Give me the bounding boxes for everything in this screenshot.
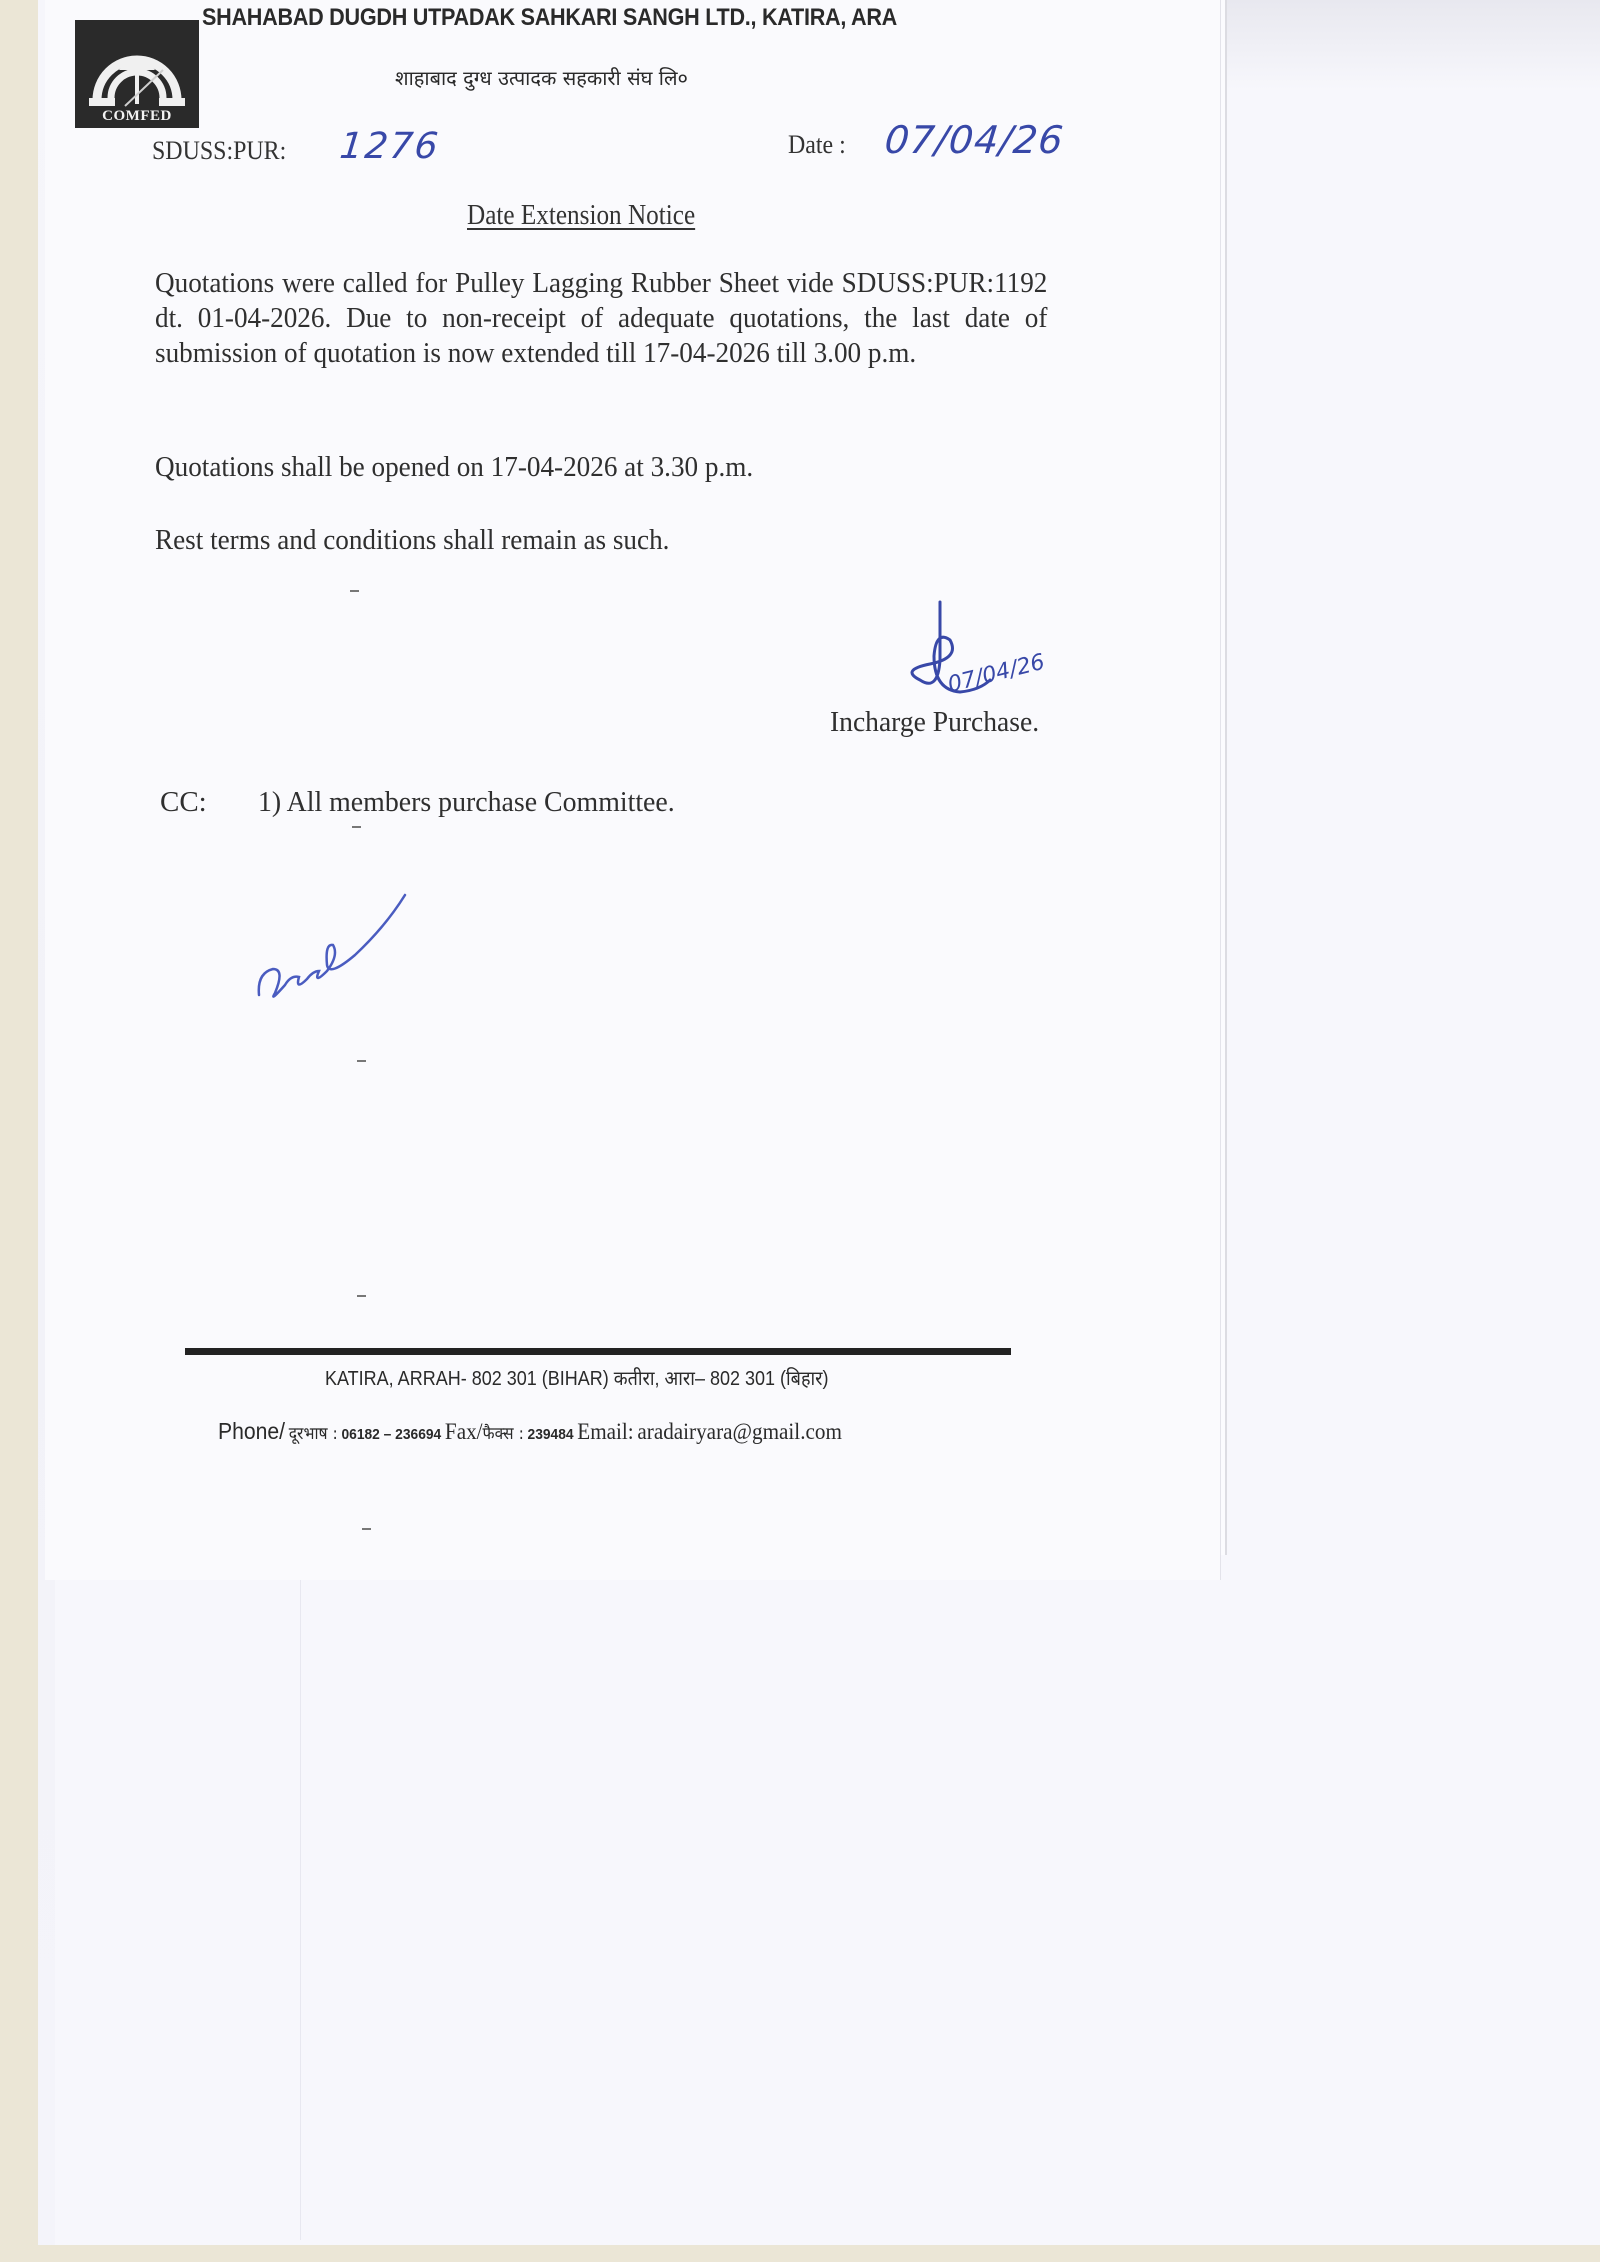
signature-icon: 07/04/26 — [890, 600, 1080, 710]
date-value: 07/04/26 — [883, 118, 1066, 162]
initials-icon — [255, 885, 415, 1005]
phone-label: Phone/ — [218, 1418, 285, 1444]
reference-number: 1276 — [338, 126, 442, 167]
scan-speck — [352, 826, 361, 828]
fax-number: 239484 — [528, 1426, 574, 1443]
scan-speck — [357, 1295, 366, 1297]
logo-caption: COMFED — [75, 108, 199, 125]
fax-label-hindi: फैक्स : — [483, 1424, 524, 1444]
notice-paragraph: Rest terms and conditions shall remain a… — [155, 523, 1047, 558]
footer-contact: Phone/ दूरभाष : 06182 – 236694 Fax/फैक्स… — [218, 1418, 842, 1445]
footer-rule — [185, 1348, 1011, 1355]
fold-line — [300, 1560, 301, 2240]
scan-speck — [362, 1528, 371, 1530]
notice-paragraph: Quotations shall be opened on 17-04-2026… — [155, 450, 1047, 485]
footer-address: KATIRA, ARRAH- 802 301 (BIHAR) कतीरा, आर… — [325, 1364, 829, 1391]
phone-number: 06182 – 236694 — [341, 1426, 441, 1443]
reference-label: SDUSS:PUR: — [152, 136, 286, 166]
notice-title: Date Extension Notice — [467, 200, 695, 232]
cc-list-item: 1) All members purchase Committee. — [258, 786, 675, 819]
signatory-designation: Incharge Purchase. — [830, 706, 1039, 739]
organization-name: SHAHABAD DUGDH UTPADAK SAHKARI SANGH LTD… — [202, 4, 897, 32]
scan-speck — [350, 590, 359, 592]
date-label: Date : — [788, 130, 846, 160]
notice-paragraph: Quotations were called for Pulley Laggin… — [155, 266, 1047, 371]
cc-label: CC: — [160, 786, 207, 819]
comfed-logo: COMFED — [75, 20, 199, 128]
organization-name-hindi: शाहाबाद दुग्ध उत्पादक सहकारी संघ लि० — [395, 64, 688, 91]
fax-label: Fax/ — [445, 1419, 483, 1444]
email-address[interactable]: aradairyara@gmail.com — [637, 1419, 842, 1444]
signature-date: 07/04/26 — [945, 650, 1047, 698]
email-label: Email: — [577, 1419, 633, 1444]
page-shadow — [1190, 0, 1600, 90]
phone-label-hindi: दूरभाष : — [289, 1424, 338, 1444]
scan-speck — [357, 1060, 366, 1062]
